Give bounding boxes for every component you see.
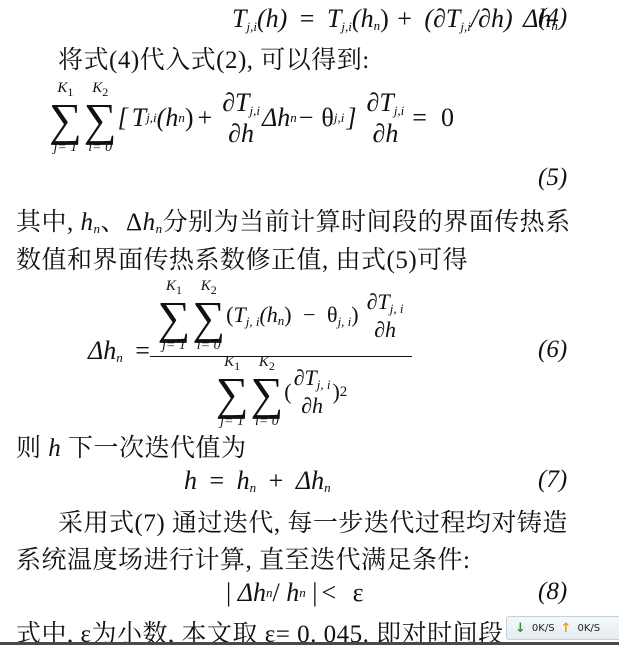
eq5-sum-i: K2 ∑ i= 0 <box>84 80 117 156</box>
eq6-den-sum-i: K2 ∑ i= 0 <box>251 354 284 430</box>
eq5-plus: + <box>198 103 213 133</box>
eq5-equals: = <box>412 103 427 133</box>
eq6-frac-den: ∂h <box>372 317 398 343</box>
eq5-sum2-lower: i= 0 <box>88 140 112 156</box>
sigma-icon: ∑ <box>251 374 284 414</box>
eq5-sum-j: K1 ∑ j= 1 <box>49 80 82 156</box>
equation-6-lhs: Δhn = <box>88 336 150 366</box>
eq6-theta-sub: j, i <box>338 314 352 329</box>
eq4-rhs-arg-close: ) <box>380 4 389 33</box>
eq5-term-arg: (h <box>157 103 179 133</box>
eq7-delta: Δh <box>296 466 324 495</box>
eq6-num-T-sub: j, i <box>246 314 260 329</box>
eq5-delta-sub: n <box>290 110 297 126</box>
paragraph-line-4: 则 h 下一次迭代值为 <box>16 428 247 464</box>
network-speed-widget[interactable]: ↓ 0K/S ↑ 0K/S <box>506 616 619 640</box>
eq5-frac2-num-sub: j,i <box>394 103 404 118</box>
eq6-denominator: K1 ∑ j= 1 K2 ∑ i= 0 ( ∂Tj, i ∂h )2 <box>150 357 412 427</box>
eq6-num-sum-j: K1 ∑ j= 1 <box>158 278 191 354</box>
equation-4: Tj,i(h) = Tj,i(hn) + (∂Tj,i/∂h) Δhn <box>232 4 558 35</box>
eq4-lhs-sub: j,i <box>246 19 256 34</box>
eq5-bracket-close: ] <box>346 103 356 133</box>
equation-number-8: (8) <box>538 578 567 606</box>
eq6-lhs: Δh <box>88 336 116 365</box>
eq6-num-arg: (h <box>259 302 277 327</box>
download-arrow-icon: ↓ <box>515 621 526 636</box>
eq7-equals: = <box>210 466 225 495</box>
eq6-den-close: ) <box>332 379 339 405</box>
eq5-term-sub: j,i <box>146 110 156 126</box>
eq4-plus: + <box>397 4 412 33</box>
equation-7: h = hn + Δhn <box>184 466 331 496</box>
equation-number-5: (5) <box>538 164 567 192</box>
eq4-lhs: T <box>232 4 246 33</box>
eq5-fraction-1: ∂Tj,i ∂h <box>220 88 262 149</box>
paragraph-line-3: 数值和界面传热系数修正值, 由式(5)可得 <box>16 240 468 276</box>
equation-5: K1 ∑ j= 1 K2 ∑ i= 0 [ Tj,i(hn) + ∂Tj,i ∂… <box>48 80 454 156</box>
upload-speed: 0K/S <box>577 623 600 634</box>
eq6-minus: − <box>303 302 315 327</box>
eq5-sum1-lower: j= 1 <box>53 140 77 156</box>
upload-arrow-icon: ↑ <box>561 621 572 636</box>
eq6-num-T: T <box>233 302 245 327</box>
eq7-plus: + <box>269 466 284 495</box>
equation-number-6: (6) <box>538 336 567 364</box>
equation-8: | Δhn/ hn |< ε <box>226 578 364 608</box>
eq6-den-open: ( <box>284 379 291 405</box>
eq5-rhs: 0 <box>441 103 454 133</box>
eq5-frac2-den: ∂h <box>370 119 400 149</box>
line4-h: h <box>48 435 61 462</box>
eq6-frac-num-sub: j, i <box>390 301 404 316</box>
eq7-lhs: h <box>184 466 197 495</box>
eq7-delta-sub: n <box>324 480 331 495</box>
sigma-icon: ∑ <box>158 298 191 338</box>
eq6-den-frac-num: ∂T <box>294 365 317 390</box>
equation-6-fraction: K1 ∑ j= 1 K2 ∑ i= 0 (Tj, i(hn) − θj, i) … <box>150 278 412 427</box>
eq8-delta: Δh <box>238 578 266 607</box>
eq6-frac-num: ∂T <box>367 289 390 314</box>
paragraph-line-6: 系统温度场进行计算, 直至迭代满足条件: <box>16 540 470 576</box>
eq4-partial: (∂T <box>424 4 460 33</box>
line4-prefix: 则 <box>16 435 48 462</box>
line4-rest: 下一次迭代值为 <box>61 435 246 462</box>
eq7-h-sub: n <box>250 480 257 495</box>
eq4-partial-rest: /∂h) <box>471 4 513 33</box>
eq5-term-arg-close: ) <box>185 103 194 133</box>
eq5-frac1-num-sub: j,i <box>250 103 260 118</box>
eq6-theta: θ <box>327 302 338 327</box>
sum-lower: j= 1 <box>162 338 186 354</box>
eq6-den-sum-j: K1 ∑ j= 1 <box>216 354 249 430</box>
paragraph-line-7: 式中, ε为小数, 本文取 ε= 0. 045. 即对时间段 <box>16 614 504 645</box>
equation-number-7: (7) <box>538 466 567 494</box>
eq8-slash: / <box>272 578 279 607</box>
eq6-num-close: ) <box>351 302 358 327</box>
eq5-delta: Δh <box>262 103 290 133</box>
eq5-frac1-den: ∂h <box>226 119 256 149</box>
eq6-den-power: 2 <box>340 384 348 401</box>
eq5-frac2-num: ∂T <box>367 88 394 117</box>
eq5-theta: θ <box>321 103 333 133</box>
download-speed: 0K/S <box>532 623 555 634</box>
line2-h-sub: n <box>94 221 101 236</box>
paragraph-line-5: 采用式(7) 通过迭代, 每一步迭代过程均对铸造 <box>58 503 568 539</box>
eq8-bar-close: | <box>312 578 317 607</box>
eq4-rhs-term-sub: j,i <box>341 19 351 34</box>
eq8-h: h <box>286 578 299 607</box>
eq6-equals: = <box>135 336 150 365</box>
eq8-bar-open: | <box>226 578 231 607</box>
eq5-frac1-num: ∂T <box>222 88 249 117</box>
eq6-lhs-sub: n <box>116 350 123 365</box>
eq6-den-frac-num-sub: j, i <box>317 377 331 392</box>
paragraph-line-2: 其中, hn、Δhn分别为当前计算时间段的界面传热系 <box>16 202 571 238</box>
line2-h2-sub: n <box>156 221 163 236</box>
eq6-num-sum-i: K2 ∑ i= 0 <box>192 278 225 354</box>
sigma-icon: ∑ <box>49 100 82 140</box>
eq6-den-frac-den: ∂h <box>299 393 325 419</box>
eq4-equals: = <box>300 4 315 33</box>
line2-h: h <box>81 209 94 236</box>
line2-rest: 分别为当前计算时间段的界面传热系 <box>163 209 571 236</box>
eq4-partial-sub: j,i <box>460 19 470 34</box>
eq4-lhs-arg: (h) <box>257 4 287 33</box>
sigma-icon: ∑ <box>192 298 225 338</box>
eq5-bracket-open: [ <box>118 103 128 133</box>
eq6-den-fraction: ∂Tj, i ∂h <box>292 365 333 419</box>
line2-sep: 、Δ <box>101 209 143 236</box>
line2-prefix: 其中, <box>16 209 81 236</box>
eq4-rhs-term: T <box>327 4 341 33</box>
eq5-minus: − <box>299 103 314 133</box>
eq6-numerator: K1 ∑ j= 1 K2 ∑ i= 0 (Tj, i(hn) − θj, i) … <box>150 278 412 357</box>
eq5-fraction-2: ∂Tj,i ∂h <box>365 88 407 149</box>
equation-number-4: (4) <box>538 4 567 32</box>
eq6-num-arg-close: ) <box>284 302 291 327</box>
sigma-icon: ∑ <box>216 374 249 414</box>
eq5-theta-sub: j,i <box>334 110 344 126</box>
eq5-term: T <box>132 103 146 133</box>
eq6-num-fraction: ∂Tj, i ∂h <box>365 289 406 343</box>
eq4-rhs-arg: (h <box>352 4 374 33</box>
line2-h2: h <box>143 209 156 236</box>
sum-lower: i= 0 <box>197 338 221 354</box>
sum-lower: i= 0 <box>255 414 279 430</box>
eq7-h: h <box>237 466 250 495</box>
paragraph-line-1: 将式(4)代入式(2), 可以得到: <box>58 40 370 76</box>
eq8-h-sub: n <box>299 585 306 600</box>
sigma-icon: ∑ <box>84 100 117 140</box>
eq8-epsilon: ε <box>353 578 364 607</box>
eq8-lt: < <box>321 578 336 607</box>
